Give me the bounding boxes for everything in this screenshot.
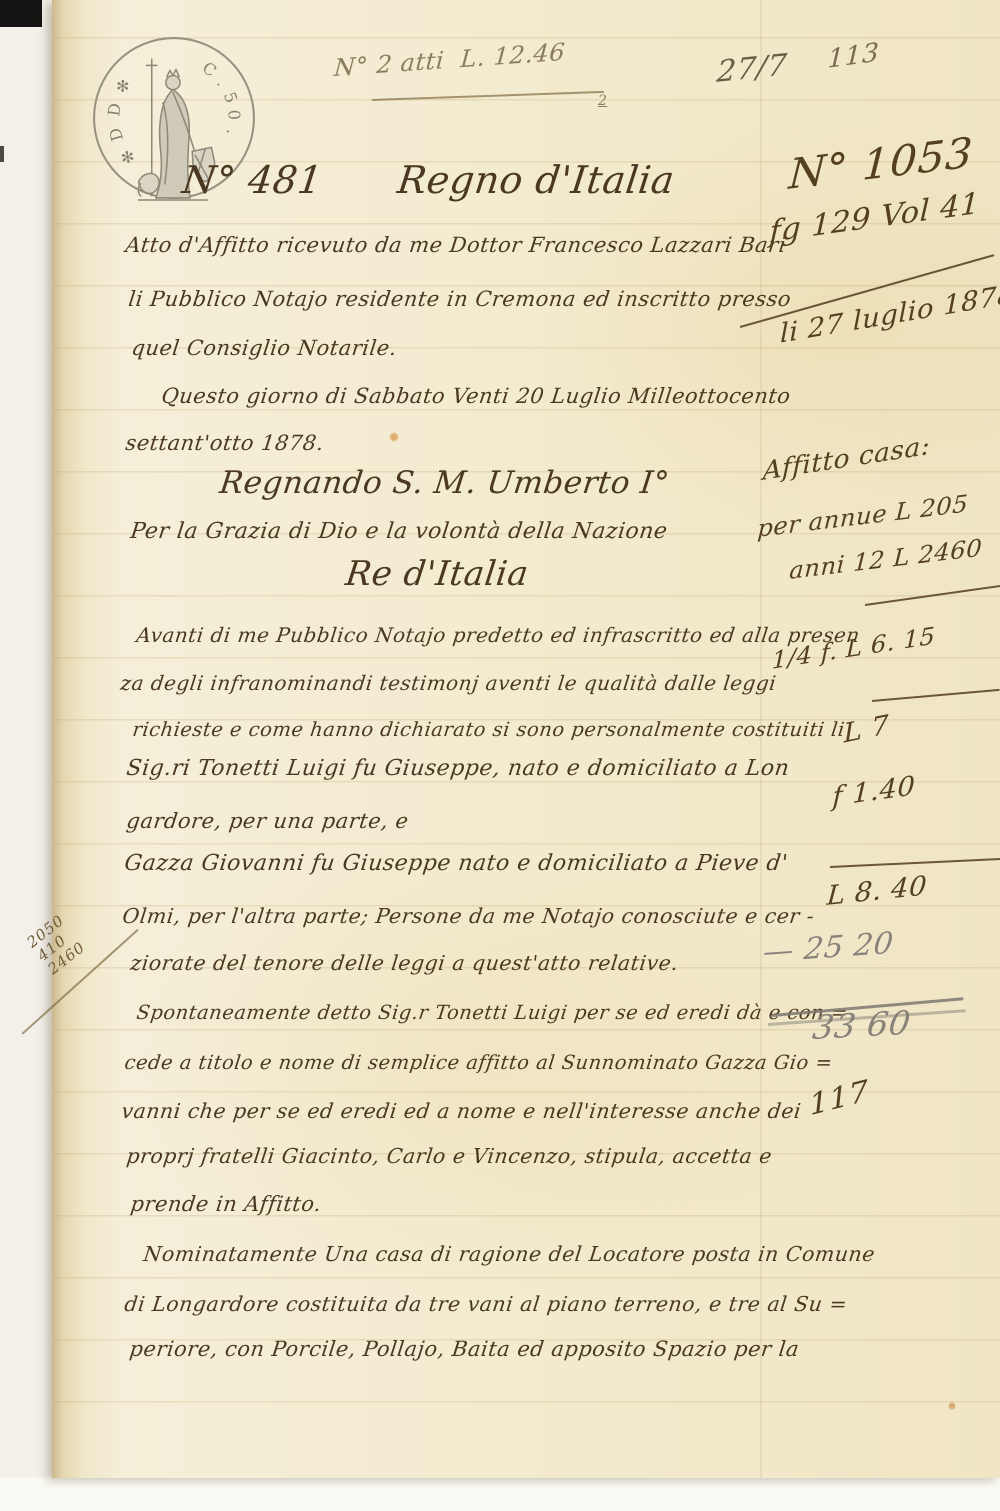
scanned-document: ✻DD✻ C.50. N° 2 atti L. 12.46 2 27/7 113… [0, 0, 1000, 1511]
manuscript-line: N° 481 Regno d'Italia [180, 160, 677, 202]
acts-subnote: 2 [598, 94, 607, 109]
manuscript-line: li Pubblico Notajo residente in Cremona … [127, 288, 792, 311]
stamp-arc-char: D [105, 126, 127, 144]
manuscript-line: proprj fratelli Giacinto, Carlo e Vincen… [125, 1145, 773, 1168]
stamp-arc-char: 0 [224, 109, 244, 120]
manuscript-line: Nominatamente Una casa di ragione del Lo… [142, 1243, 876, 1266]
stamp-arc-char: ✻ [111, 75, 134, 97]
manuscript-line: Regnando S. M. Umberto I° [218, 466, 672, 500]
manuscript-line: Sig.ri Tonetti Luigi fu Giuseppe, nato e… [125, 757, 791, 781]
manuscript-line: vanni che per se ed eredi ed a nome e ne… [120, 1100, 802, 1123]
manuscript-line: Gazza Giovanni fu Giuseppe nato e domici… [123, 852, 789, 876]
scanner-background-corner [0, 0, 42, 27]
manuscript-line: Spontaneamente detto Sig.r Tonetti Luigi… [135, 1002, 849, 1023]
manuscript-line: quel Consiglio Notarile. [130, 337, 398, 360]
manuscript-line: richieste e come hanno dichiarato si son… [131, 719, 846, 740]
manuscript-line: gardore, per una parte, e [125, 810, 410, 833]
manuscript-line: ziorate del tenore delle leggi a quest'a… [129, 952, 679, 975]
manuscript-line: cede a titolo e nome di semplice affitto… [123, 1052, 833, 1073]
stamp-arc-char: D [104, 102, 125, 118]
manuscript-line: Questo giorno di Sabbato Venti 20 Luglio… [160, 385, 792, 408]
manuscript-line: prende in Affitto. [129, 1193, 323, 1216]
stamp-arc-char: . [213, 74, 231, 90]
page-edge-nick [0, 146, 4, 162]
manuscript-line: Atto d'Affitto ricevuto da me Dottor Fra… [124, 234, 787, 257]
manuscript-line: Olmi, per l'altra parte; Persone da me N… [121, 905, 815, 928]
stamp-arc-char: ✻ [116, 145, 139, 168]
date-fraction-note: 27/7 [716, 49, 789, 89]
manuscript-line: Per la Grazia di Dio e la volontà della … [129, 520, 669, 544]
manuscript-line: periore, con Porcile, Pollajo, Baita ed … [128, 1338, 800, 1361]
stamp-arc-char: 5 [220, 89, 241, 105]
manuscript-line: settant'otto 1878. [124, 432, 325, 455]
under-sheet-bottom [0, 1477, 1000, 1511]
manuscript-line: Avanti di me Pubblico Notajo predetto ed… [135, 624, 861, 646]
under-sheet-left [0, 0, 54, 1511]
manuscript-line: za degli infranominandi testimonj aventi… [119, 672, 777, 694]
manuscript-line: Re d'Italia [343, 556, 530, 593]
stamp-arc-left: ✻DD✻ [104, 75, 139, 168]
manuscript-line: di Longardore costituita da tre vani al … [123, 1293, 848, 1316]
stamp-arc-char: C [199, 58, 220, 81]
stamp-arc-char: . [223, 128, 243, 138]
